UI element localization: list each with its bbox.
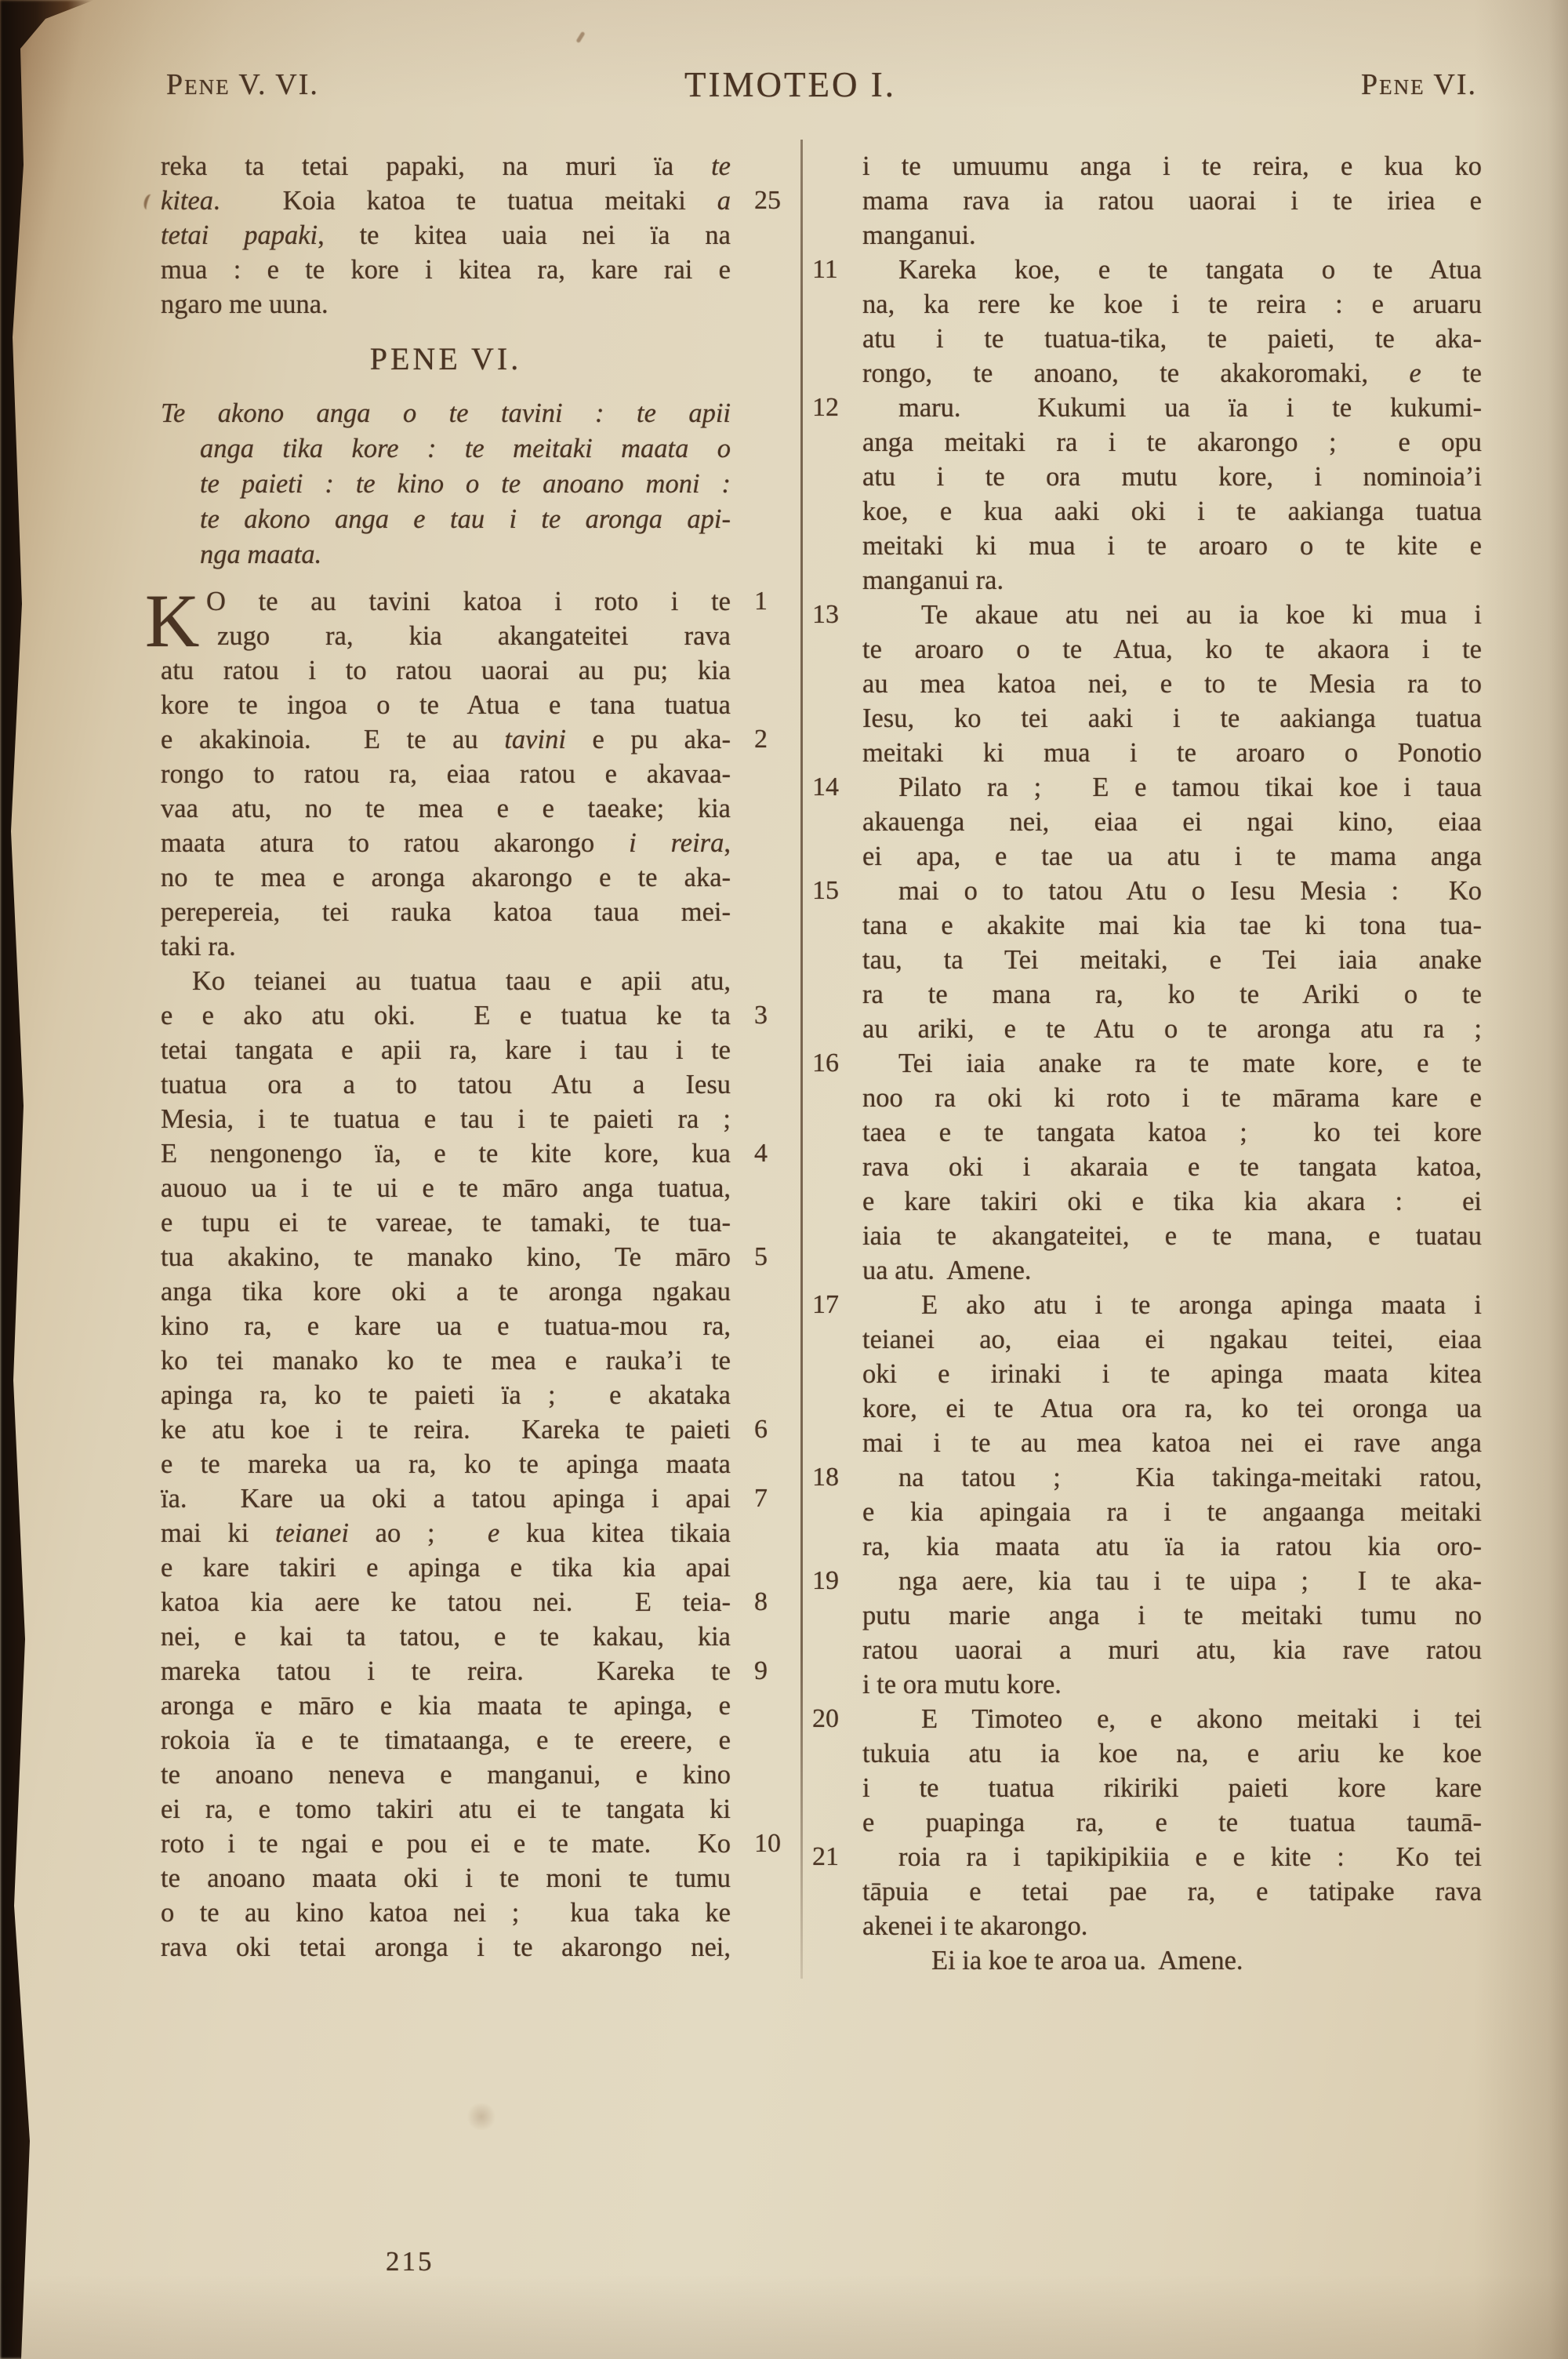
text-line: o te au kino katoa nei ; kua taka ke xyxy=(161,1896,731,1930)
text-line: noo ra oki ki roto i te mārama kare e xyxy=(862,1081,1482,1115)
text-line: tuatua ora a to tatou Atu a Iesu xyxy=(161,1067,731,1102)
text-line: ra te mana ra, ko te Ariki o te xyxy=(862,977,1482,1012)
text-line: rava oki tetai aronga i te akarongo nei, xyxy=(161,1930,731,1965)
book-binding-shadow xyxy=(0,0,94,2359)
text-line: tāpuia e tetai pae ra, e tatipake rava xyxy=(862,1874,1482,1909)
verse-number: 6 xyxy=(754,1412,768,1447)
chapter-heading: PENE VI. xyxy=(161,322,731,396)
left-column: reka ta tetai papaki, na muri ïa te25kit… xyxy=(161,149,731,1965)
verse-number: 1 xyxy=(754,584,768,619)
scan-artifact xyxy=(143,193,158,211)
verse-number: 11 xyxy=(812,253,838,287)
text-line: atu i te ora mutu kore, i nominoia’i xyxy=(862,460,1482,494)
running-title-right: Pene VI. xyxy=(1361,66,1477,104)
right-column: i te umuumu anga i te reira, e kua komam… xyxy=(862,149,1482,1978)
text-line: rokoia ïa e te timataanga, e te ereere, … xyxy=(161,1723,731,1757)
text-line: tau, ta Tei meitaki, e Tei iaia anake xyxy=(862,943,1482,977)
text-line: aronga e māro e kia maata te apinga, e xyxy=(161,1688,731,1723)
verse-number: 17 xyxy=(812,1288,839,1322)
column-divider-rule xyxy=(800,140,803,1979)
text-line: e kare takiri e apinga e tika kia apai xyxy=(161,1550,731,1585)
text-line: te aroaro o te Atua, ko te akaora i te xyxy=(862,632,1482,667)
text-line: ei apa, e tae ua atu i te mama anga xyxy=(862,839,1482,874)
text-line: koe, e kua aaki oki i te aakianga tuatua xyxy=(862,494,1482,529)
text-line: vaa atu, no te mea e e taeake; kia xyxy=(161,791,731,826)
verse-number: 16 xyxy=(812,1046,839,1081)
verse-number: 8 xyxy=(754,1585,768,1619)
text-line: e puapinga ra, e te tuatua taumā- xyxy=(862,1805,1482,1840)
text-line: anga meitaki ra i te akarongo ; e opu xyxy=(862,425,1482,460)
text-line: 12maru. Kukumi ua ïa i te kukumi- xyxy=(862,391,1482,425)
verse-number: 18 xyxy=(812,1460,839,1495)
opening-verse-lines: reka ta tetai papaki, na muri ïa te25kit… xyxy=(161,149,731,322)
text-line: e kia apingaia ra i te angaanga meitaki xyxy=(862,1495,1482,1529)
text-line: oki e irinaki i te apinga maata kitea xyxy=(862,1357,1482,1391)
text-line: au mea katoa nei, e to te Mesia ra to xyxy=(862,667,1482,701)
verse-number: 3 xyxy=(754,998,768,1033)
page-number: 215 xyxy=(386,2246,434,2277)
verse-number: 10 xyxy=(754,1826,781,1861)
verse-number: 21 xyxy=(812,1840,839,1874)
text-line: kore te ingoa o te Atua e tana tuatua xyxy=(161,688,731,722)
text-line: 21roia ra i tapikipikiia e e kite : Ko t… xyxy=(862,1840,1482,1874)
text-line: rongo to ratou ra, eiaa ratou e akavaa- xyxy=(161,757,731,791)
text-line: perepereia, tei rauka katoa taua mei- xyxy=(161,895,731,929)
text-line: 3e e ako atu oki. E e tuatua ke ta xyxy=(161,998,731,1033)
scan-artifact xyxy=(466,2103,497,2130)
text-line: kino ra, e kare ua e tuatua-mou ra, xyxy=(161,1309,731,1343)
body-verse-lines: 1O te au tavini katoa i roto i tezugo ra… xyxy=(161,584,731,1965)
text-line: 14Pilato ra ; E e tamou tikai koe i taua xyxy=(862,770,1482,805)
book-title: TIMOTEO I. xyxy=(684,66,896,104)
verse-number: 9 xyxy=(754,1654,768,1688)
text-line: 19nga aere, kia tau i te uipa ; I te aka… xyxy=(862,1564,1482,1598)
text-line: ei ra, e tomo takiri atu ei te tangata k… xyxy=(161,1792,731,1826)
text-line: atu i te tuatua-tika, te paieti, te aka- xyxy=(862,322,1482,356)
text-line: rava oki i akaraia e te tangata katoa, xyxy=(862,1150,1482,1184)
scan-artifact xyxy=(575,31,585,43)
text-line: rongo, te anoano, te akakoromaki, e te xyxy=(862,356,1482,391)
text-line: 6ke atu koe i te reira. Kareka te paieti xyxy=(161,1412,731,1447)
text-line: teianei ao, eiaa ei ngakau teitei, eiaa xyxy=(862,1322,1482,1357)
text-line: i te umuumu anga i te reira, e kua ko xyxy=(862,149,1482,184)
text-line: zugo ra, kia akangateitei rava xyxy=(161,619,731,653)
text-line: Iesu, ko tei aaki i te aakianga tuatua xyxy=(862,701,1482,736)
text-line: akauenga nei, eiaa ei ngai kino, eiaa xyxy=(862,805,1482,839)
text-line: Ei ia koe te aroa ua. Amene. xyxy=(862,1943,1482,1978)
text-line: 15mai o to tatou Atu o Iesu Mesia : Ko xyxy=(862,874,1482,908)
running-title-left: Pene V. VI. xyxy=(166,66,319,104)
text-line: nga maata. xyxy=(161,537,731,572)
verse-number: 25 xyxy=(754,184,781,218)
text-line: au ariki, e te Atu o te aronga atu ra ; xyxy=(862,1012,1482,1046)
text-line: akenei i te akarongo. xyxy=(862,1909,1482,1943)
verse-number: 2 xyxy=(754,722,768,757)
text-line: ko tei manako ko te mea e rauka’i te xyxy=(161,1343,731,1378)
text-line: auouo ua i te ui e te māro anga tuatua, xyxy=(161,1171,731,1205)
text-line: na, ka rere ke koe i te reira : e aruaru xyxy=(862,287,1482,322)
verse-number: 4 xyxy=(754,1136,768,1171)
scanned-book-page: Pene V. VI. TIMOTEO I. Pene VI. reka ta … xyxy=(0,0,1568,2359)
text-line: tana e akakite mai kia tae ki tona tua- xyxy=(862,908,1482,943)
text-line: e kare takiri oki e tika kia akara : ei xyxy=(862,1184,1482,1219)
text-line: 17E ako atu i te aronga apinga maata i xyxy=(862,1288,1482,1322)
text-line: mai i te au mea katoa nei ei rave anga xyxy=(862,1426,1482,1460)
text-line: 4E nengonengo ïa, e te kite kore, kua xyxy=(161,1136,731,1171)
verse-number: 12 xyxy=(812,391,839,425)
verse-number: 14 xyxy=(812,770,839,805)
text-line: taki ra. xyxy=(161,929,731,964)
text-line: 25kitea. Koia katoa te tuatua meitaki a xyxy=(161,184,731,218)
text-line: reka ta tetai papaki, na muri ïa te xyxy=(161,149,731,184)
text-line: mai ki teianei ao ; e kua kitea tikaia xyxy=(161,1516,731,1550)
text-line: Mesia, i te tuatua e tau i te paieti ra … xyxy=(161,1102,731,1136)
text-line: ratou uaorai a muri atu, kia rave ratou xyxy=(862,1633,1482,1667)
text-line: apinga ra, ko te paieti ïa ; e akataka xyxy=(161,1378,731,1412)
text-line: tukuia atu ia koe na, e ariu ke koe xyxy=(862,1736,1482,1771)
text-line: 10roto i te ngai e pou ei e te mate. Ko xyxy=(161,1826,731,1861)
text-line: te anoano neneva e manganui, e kino xyxy=(161,1757,731,1792)
verse-number: 20 xyxy=(812,1702,839,1736)
text-line: mua : e te kore i kitea ra, kare rai e xyxy=(161,253,731,287)
text-line: te paieti : te kino o te anoano moni : xyxy=(161,467,731,502)
text-line: nei, e kai ta tatou, e te kakau, kia xyxy=(161,1619,731,1654)
text-line: e tupu ei te vareae, te tamaki, te tua- xyxy=(161,1205,731,1240)
text-line: 5tua akakino, te manako kino, Te māro xyxy=(161,1240,731,1274)
text-line: 7ïa. Kare ua oki a tatou apinga i apai xyxy=(161,1481,731,1516)
text-line: 2e akakinoia. E te au tavini e pu aka- xyxy=(161,722,731,757)
text-line: anga tika kore oki a te aronga ngakau xyxy=(161,1274,731,1309)
text-line: i te tuatua rikiriki paieti kore kare xyxy=(862,1771,1482,1805)
text-line: tetai tangata e apii ra, kare i tau i te xyxy=(161,1033,731,1067)
text-line: kore, ei te Atua ora ra, ko tei oronga u… xyxy=(862,1391,1482,1426)
text-line: 8katoa kia aere ke tatou nei. E teia- xyxy=(161,1585,731,1619)
text-line: Ko teianei au tuatua taau e apii atu, xyxy=(161,964,731,998)
text-line: te anoano maata oki i te moni te tumu xyxy=(161,1861,731,1896)
chapter-body: K 1O te au tavini katoa i roto i tezugo … xyxy=(161,584,731,1965)
text-line: meitaki ki mua i te aroaro o Ponotio xyxy=(862,736,1482,770)
text-line: e te mareka ua ra, ko te apinga maata xyxy=(161,1447,731,1481)
text-line: ra, kia maata atu ïa ia ratou kia oro- xyxy=(862,1529,1482,1564)
text-line: i te ora mutu kore. xyxy=(862,1667,1482,1702)
text-line: te akono anga e tau i te aronga api- xyxy=(161,502,731,537)
text-line: 13Te akaue atu nei au ia koe ki mua i xyxy=(862,598,1482,632)
text-line: taea e te tangata katoa ; ko tei kore xyxy=(862,1115,1482,1150)
text-line: mama rava ia ratou uaorai i te iriea e xyxy=(862,184,1482,218)
text-line: 16Tei iaia anake ra te mate kore, e te xyxy=(862,1046,1482,1081)
text-line: meitaki ki mua i te aroaro o te kite e xyxy=(862,529,1482,563)
text-line: ngaro me uuna. xyxy=(161,287,731,322)
verse-number: 15 xyxy=(812,874,839,908)
text-line: maata atura to ratou akarongo i reira, xyxy=(161,826,731,860)
text-line: ua atu. Amene. xyxy=(862,1253,1482,1288)
text-line: 11Kareka koe, e te tangata o te Atua xyxy=(862,253,1482,287)
text-line: no te mea e aronga akarongo e te aka- xyxy=(161,860,731,895)
text-line: manganui. xyxy=(862,218,1482,253)
text-line: atu ratou i to ratou uaorai au pu; kia xyxy=(161,653,731,688)
body-verse-lines: i te umuumu anga i te reira, e kua komam… xyxy=(862,149,1482,1978)
text-line: 20E Timoteo e, e akono meitaki i tei xyxy=(862,1702,1482,1736)
verse-number: 13 xyxy=(812,598,839,632)
chapter-summary-lines: Te akono anga o te tavini : te apiianga … xyxy=(161,396,731,572)
text-line: putu marie anga i te meitaki tumu no xyxy=(862,1598,1482,1633)
verse-number: 5 xyxy=(754,1240,768,1274)
text-line: 9mareka tatou i te reira. Kareka te xyxy=(161,1654,731,1688)
verse-number: 7 xyxy=(754,1481,768,1516)
verse-number: 19 xyxy=(812,1564,839,1598)
text-line: Te akono anga o te tavini : te apii xyxy=(161,396,731,431)
text-line: anga tika kore : te meitaki maata o xyxy=(161,431,731,467)
text-line: tetai papaki, te kitea uaia nei ïa na xyxy=(161,218,731,253)
text-line: 18na tatou ; Kia takinga-meitaki ratou, xyxy=(862,1460,1482,1495)
text-line: manganui ra. xyxy=(862,563,1482,598)
text-line: iaia te akangateitei, e te mana, e tuata… xyxy=(862,1219,1482,1253)
text-line: 1O te au tavini katoa i roto i te xyxy=(161,584,731,619)
